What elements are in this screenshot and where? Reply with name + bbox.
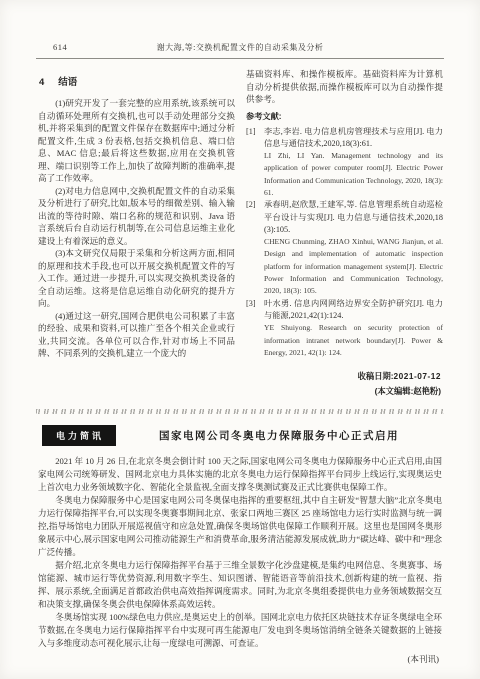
received-label: 收稿日期:: [358, 371, 394, 381]
reference-item: [3] 叶水勇. 信息内网网络边界安全防护研究[J]. 电力与能源,2021,4…: [246, 298, 443, 359]
reference-english: CHENG Chunming, ZHAO Xinhui, WANG Jianju…: [264, 236, 443, 297]
reference-number: [3]: [246, 298, 264, 359]
received-block: 收稿日期:2021-07-12 (本文编辑:赵艳粉): [246, 369, 443, 399]
news-badge: 电力简讯: [42, 425, 116, 446]
news-title: 国家电网公司冬奥电力保障服务中心正式启用: [116, 428, 442, 443]
continuation-paragraph: 基础资料库、和操作模板库。基础资料库为计算机自动分析提供依据,而操作模板库可以为…: [246, 68, 443, 106]
reference-english: LI Zhi, LI Yan. Management technology an…: [264, 150, 443, 199]
references-heading: 参考文献:: [246, 111, 443, 122]
reference-number: [2]: [246, 199, 264, 297]
conclusion-paragraph: (4)通过这一研究,国网合肥供电公司积累了丰富的经验、成果和资料,可以推广至各个…: [38, 310, 235, 360]
editor-note: (本文编辑:赵艳粉): [246, 384, 441, 399]
news-paragraph: 2021 年 10 月 26 日,在北京冬奥会倒计时 100 天之际,国家电网公…: [38, 455, 442, 494]
conclusion-paragraph: (1)研究开发了一套完整的应用系统,该系统可以自动循环处理所有交换机,也可以手动…: [38, 97, 235, 185]
news-byline: (本刊讯): [38, 653, 442, 665]
section-number: 4: [39, 77, 44, 88]
section-title: 结语: [58, 77, 77, 88]
page-number: 614: [53, 42, 67, 52]
news-header: 电力简讯 国家电网公司冬奥电力保障服务中心正式启用: [42, 425, 442, 446]
conclusion-paragraph: (3)本文研究仅局限于采集和分析这两方面,相同的原理和技术手段,也可以开展交换机…: [38, 247, 235, 310]
reference-chinese: 叶水勇. 信息内网网络边界安全防护研究[J]. 电力与能源,2021,42(1)…: [264, 298, 443, 323]
reference-english: YE Shuiyong. Research on security protec…: [264, 322, 443, 359]
section-divider: [36, 409, 444, 414]
news-paragraph: 据介绍,北京冬奥电力运行保障指挥平台基于三维全景数字化沙盘建模,是集约电网信息、…: [38, 559, 442, 611]
news-paragraph: 冬奥场馆实现 100%绿色电力供应,是奥运史上的创举。国网北京电力依托区块链技术…: [38, 611, 442, 650]
section-heading: 4结语: [39, 74, 235, 88]
reference-chinese: 承春明,赵欣慧,王建军,等. 信息管理系统自动巡检平台设计与实现[J]. 电力信…: [264, 199, 443, 236]
journal-page: 614 谢大海,等:交换机配置文件的自动采集及分析 4结语 (1)研究开发了一套…: [0, 0, 480, 679]
article-body: 4结语 (1)研究开发了一套完整的应用系统,该系统可以自动循环处理所有交换机,也…: [38, 68, 442, 399]
left-column: 4结语 (1)研究开发了一套完整的应用系统,该系统可以自动循环处理所有交换机,也…: [38, 68, 235, 399]
news-section: 电力简讯 国家电网公司冬奥电力保障服务中心正式启用 2021 年 10 月 26…: [38, 425, 442, 665]
page-header: 614 谢大海,等:交换机配置文件的自动采集及分析: [37, 42, 443, 54]
reference-chinese: 李志,李岩. 电力信息机房管理技术与应用[J]. 电力信息与通信技术,2020,…: [264, 126, 443, 151]
reference-item: [2] 承春明,赵欣慧,王建军,等. 信息管理系统自动巡检平台设计与实现[J].…: [246, 199, 443, 297]
received-date: 2021-07-12: [394, 371, 441, 381]
conclusion-paragraph: (2)对电力信息网中,交换机配置文件的自动采集及分析进行了研究,比如,版本号的细…: [38, 185, 235, 248]
running-title: 谢大海,等:交换机配置文件的自动采集及分析: [37, 42, 443, 53]
reference-number: [1]: [246, 126, 264, 200]
header-rule: [36, 58, 444, 59]
right-column: 基础资料库、和操作模板库。基础资料库为计算机自动分析提供依据,而操作模板库可以为…: [246, 68, 443, 399]
news-paragraph: 冬奥电力保障服务中心是国家电网公司冬奥保电指挥的重要枢纽,其中自主研发“智慧大脑…: [38, 494, 442, 559]
reference-item: [1] 李志,李岩. 电力信息机房管理技术与应用[J]. 电力信息与通信技术,2…: [246, 126, 443, 200]
